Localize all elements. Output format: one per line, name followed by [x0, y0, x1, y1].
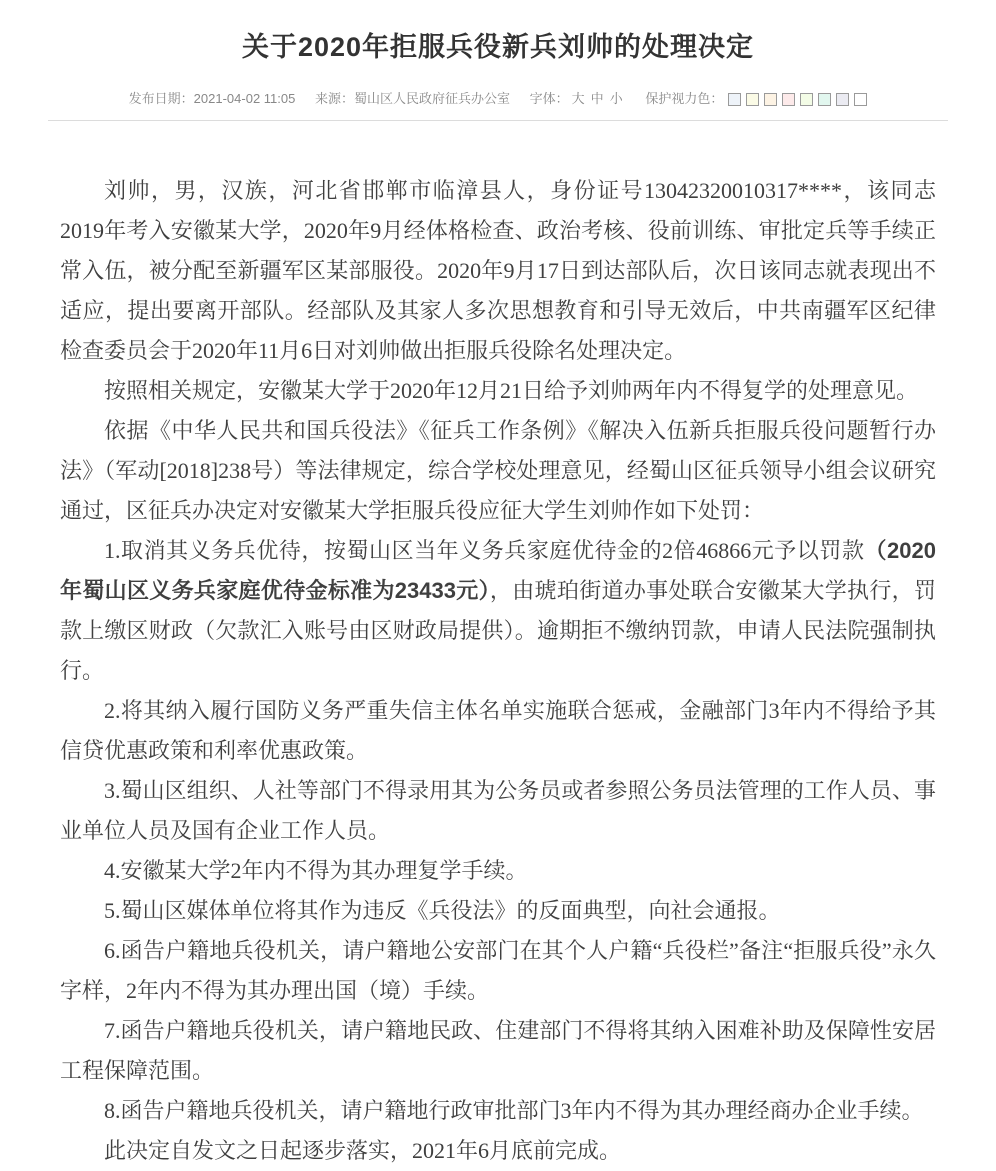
paragraph-text: 按照相关规定，安徽某大学于2020年12月21日给予刘帅两年内不得复学的处理意见… [104, 378, 918, 403]
paragraph-text: 3.蜀山区组织、人社等部门不得录用其为公务员或者参照公务员法管理的工作人员、事业… [60, 778, 936, 843]
paragraph-text: 刘帅，男，汉族，河北省邯郸市临漳县人，身份证号13042320010317***… [60, 178, 936, 363]
article-paragraph: 5.蜀山区媒体单位将其作为违反《兵役法》的反面典型，向社会通报。 [60, 891, 936, 931]
eye-protect-swatch[interactable] [746, 93, 759, 106]
article-paragraph: 3.蜀山区组织、人社等部门不得录用其为公务员或者参照公务员法管理的工作人员、事业… [60, 771, 936, 851]
font-size-large-link[interactable]: 大 [572, 91, 585, 106]
font-size-small-link[interactable]: 小 [610, 91, 623, 106]
eye-protect-swatches [723, 91, 867, 106]
article-paragraph: 2.将其纳入履行国防义务严重失信主体名单实施联合惩戒，金融部门3年内不得给予其信… [60, 691, 936, 771]
page-title: 关于2020年拒服兵役新兵刘帅的处理决定 [0, 30, 996, 64]
article-paragraph: 此决定自发文之日起逐步落实，2021年6月底前完成。 [60, 1131, 936, 1171]
article-paragraph: 7.函告户籍地兵役机关，请户籍地民政、住建部门不得将其纳入困难补助及保障性安居工… [60, 1011, 936, 1091]
eye-protect-swatch[interactable] [782, 93, 795, 106]
eye-protect-swatch[interactable] [836, 93, 849, 106]
publish-date-group: 发布日期：2021-04-02 11:05 [129, 88, 296, 107]
paragraph-text: 7.函告户籍地兵役机关，请户籍地民政、住建部门不得将其纳入困难补助及保障性安居工… [60, 1018, 936, 1083]
article-paragraph: 4.安徽某大学2年内不得为其办理复学手续。 [60, 851, 936, 891]
meta-row: 发布日期：2021-04-02 11:05 来源：蜀山区人民政府征兵办公室 字体… [0, 88, 996, 107]
article-paragraph: 1.取消其义务兵优待，按蜀山区当年义务兵家庭优待金的2倍46866元予以罚款（2… [60, 531, 936, 691]
article-paragraph: 依据《中华人民共和国兵役法》《征兵工作条例》《解决入伍新兵拒服兵役问题暂行办法》… [60, 411, 936, 531]
source-value: 蜀山区人民政府征兵办公室 [354, 91, 510, 106]
eye-protect-swatch[interactable] [800, 93, 813, 106]
font-size-medium-link[interactable]: 中 [591, 91, 604, 106]
publish-date-value: 2021-04-02 11:05 [194, 91, 296, 106]
document-page: 关于2020年拒服兵役新兵刘帅的处理决定 发布日期：2021-04-02 11:… [0, 0, 996, 1171]
paragraph-text: 依据《中华人民共和国兵役法》《征兵工作条例》《解决入伍新兵拒服兵役问题暂行办法》… [60, 418, 936, 523]
source-label: 来源： [315, 91, 354, 106]
paragraph-text: 4.安徽某大学2年内不得为其办理复学手续。 [104, 858, 528, 883]
font-size-group: 字体：大中小 [530, 88, 626, 107]
source-group: 来源：蜀山区人民政府征兵办公室 [315, 88, 510, 107]
eye-protect-swatch[interactable] [854, 93, 867, 106]
paragraph-text: 2.将其纳入履行国防义务严重失信主体名单实施联合惩戒，金融部门3年内不得给予其信… [60, 698, 936, 763]
paragraph-text: 8.函告户籍地兵役机关，请户籍地行政审批部门3年内不得为其办理经商办企业手续。 [104, 1098, 924, 1123]
article-paragraph: 6.函告户籍地兵役机关，请户籍地公安部门在其个人户籍“兵役栏”备注“拒服兵役”永… [60, 931, 936, 1011]
eye-protect-swatch[interactable] [818, 93, 831, 106]
eye-protect-swatch[interactable] [764, 93, 777, 106]
paragraph-text: 此决定自发文之日起逐步落实，2021年6月底前完成。 [104, 1138, 621, 1163]
publish-date-label: 发布日期： [129, 91, 194, 106]
paragraph-text: 5.蜀山区媒体单位将其作为违反《兵役法》的反面典型，向社会通报。 [104, 898, 781, 923]
document-header: 关于2020年拒服兵役新兵刘帅的处理决定 发布日期：2021-04-02 11:… [0, 0, 996, 121]
article-paragraph: 8.函告户籍地兵役机关，请户籍地行政审批部门3年内不得为其办理经商办企业手续。 [60, 1091, 936, 1131]
header-divider [48, 120, 948, 121]
article-paragraph: 按照相关规定，安徽某大学于2020年12月21日给予刘帅两年内不得复学的处理意见… [60, 371, 936, 411]
paragraph-text: 6.函告户籍地兵役机关，请户籍地公安部门在其个人户籍“兵役栏”备注“拒服兵役”永… [60, 938, 936, 1003]
article: 刘帅，男，汉族，河北省邯郸市临漳县人，身份证号13042320010317***… [60, 171, 936, 1171]
paragraph-text: 1.取消其义务兵优待，按蜀山区当年义务兵家庭优待金的2倍46866元予以罚款 [104, 538, 865, 563]
font-size-label: 字体： [530, 91, 569, 106]
eye-protect-label: 保护视力色： [645, 91, 723, 106]
eye-protect-group: 保护视力色： [645, 88, 867, 107]
eye-protect-swatch[interactable] [728, 93, 741, 106]
article-paragraph: 刘帅，男，汉族，河北省邯郸市临漳县人，身份证号13042320010317***… [60, 171, 936, 371]
